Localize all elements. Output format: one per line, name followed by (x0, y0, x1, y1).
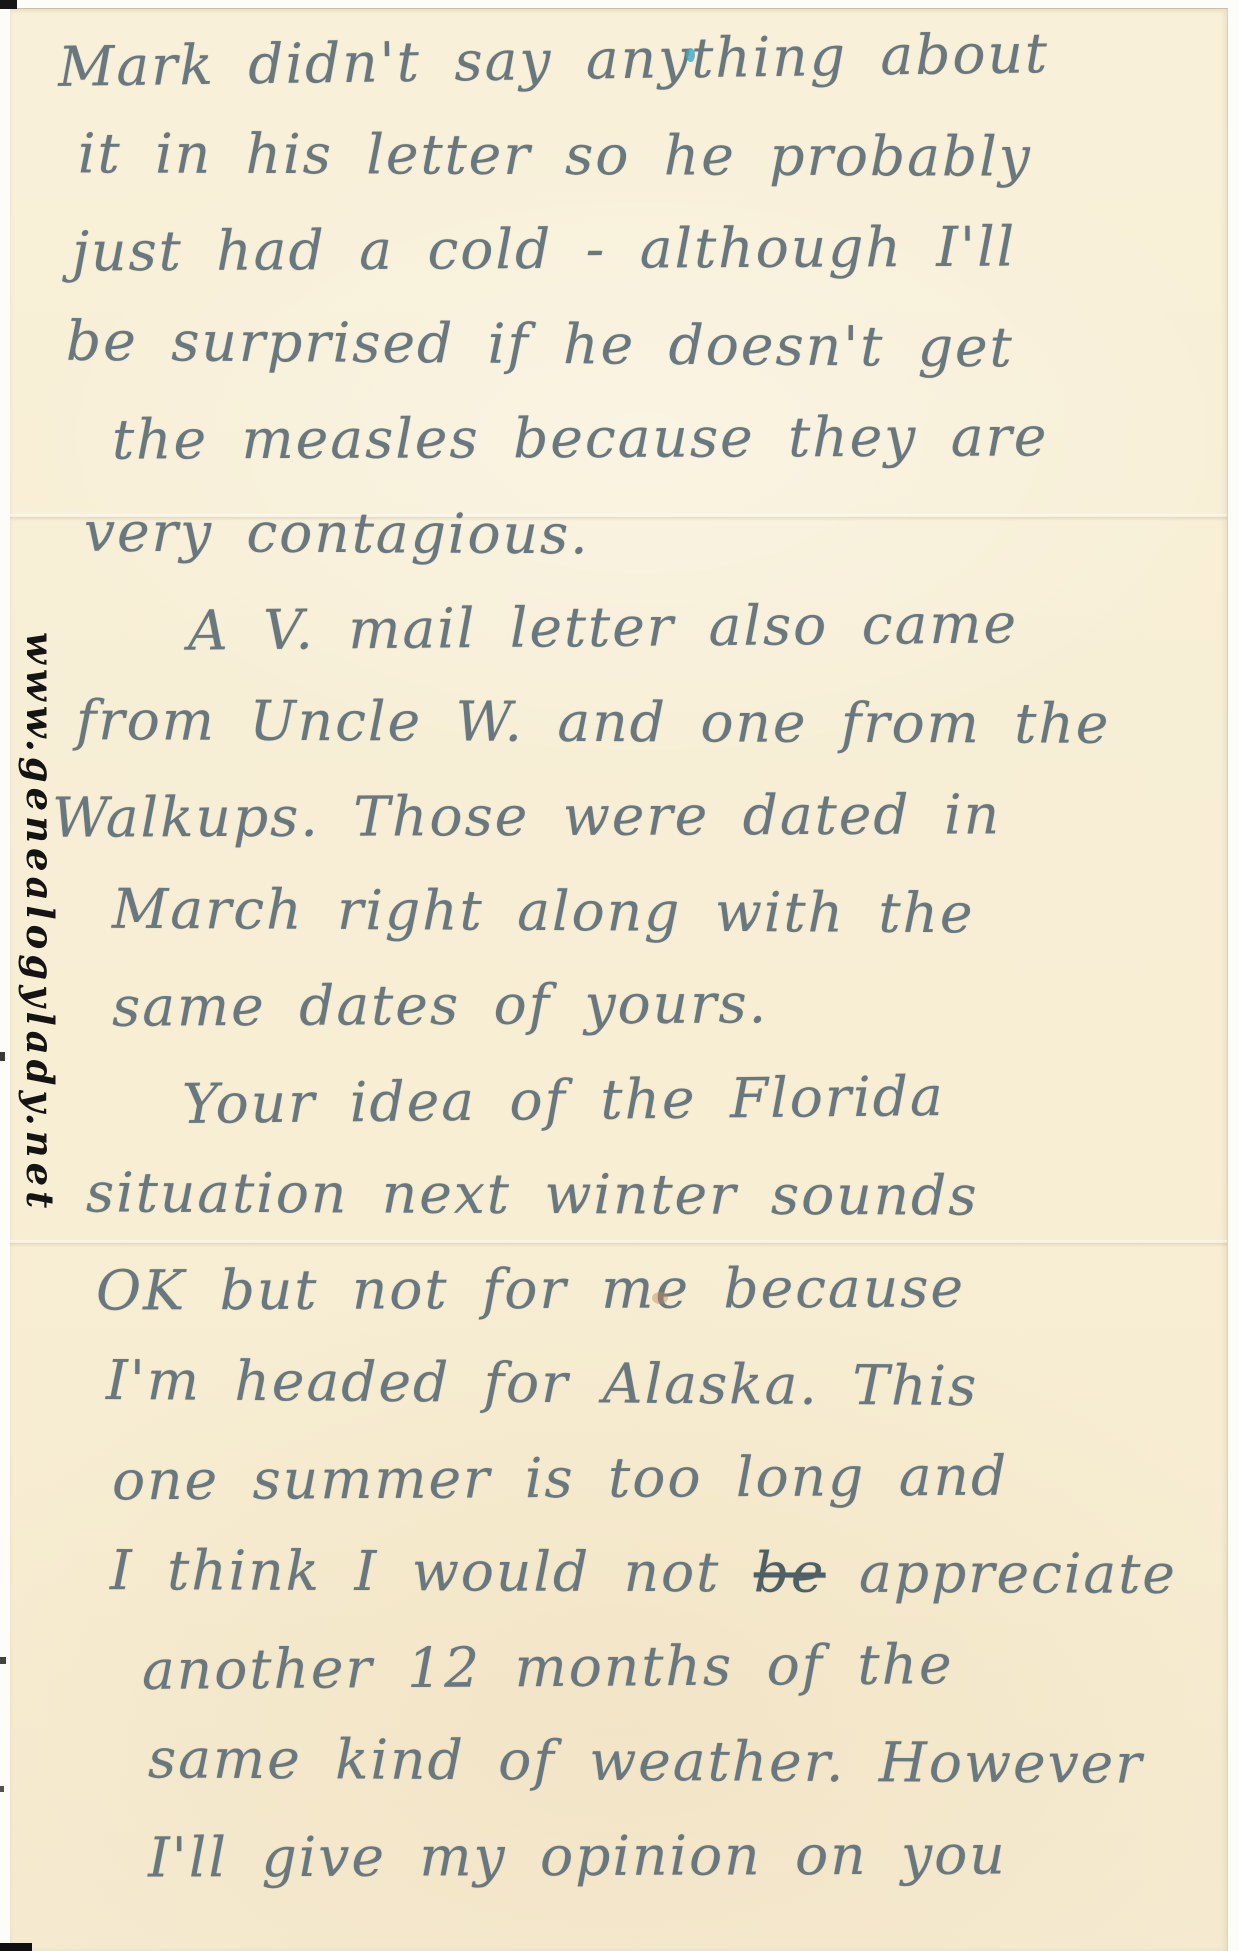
letter-line-text: situation next winter sounds (86, 1160, 979, 1227)
letter-line-text: another 12 months of the (142, 1632, 954, 1702)
letter-line: Mark didn't say anything about (58, 21, 1050, 99)
letter-line-text: be surprised if he doesn't get (66, 309, 1014, 380)
letter-line-text: one summer is too long and (112, 1444, 1009, 1513)
letter-line-text: I'm headed for Alaska. This (106, 1348, 979, 1418)
scan-edge-speck (0, 1657, 6, 1664)
letter-line: Your idea of the Florida (182, 1064, 945, 1136)
letter-line-text: I'll give my opinion on you (148, 1823, 1007, 1890)
letter-line: OK but not for me because (96, 1255, 965, 1322)
letter-line: A V. mail letter also came (188, 591, 1019, 662)
letter-line: situation next winter sounds (86, 1160, 979, 1227)
letter-line-text: Your idea of the Florida (182, 1064, 945, 1136)
letter-line-text: appreciate (825, 1541, 1177, 1606)
letter-line: same kind of weather. However (148, 1726, 1144, 1795)
letter-line-text: I think I would not (110, 1538, 754, 1604)
letter-line: March right along with the (112, 877, 975, 946)
letter-line: be surprised if he doesn't get (66, 309, 1014, 380)
letter-line-text: from Uncle W. and one from the (76, 688, 1111, 756)
letter-line: one summer is too long and (112, 1444, 1009, 1513)
scan-edge-speck (0, 1052, 5, 1061)
struck-out-word: be (754, 1540, 826, 1604)
scan-edge-speck (0, 1943, 32, 1951)
scan-edge-speck (0, 1786, 4, 1792)
letter-line-text: same dates of yours. (112, 971, 768, 1038)
letter-line: very contagious. (84, 500, 590, 567)
scanned-letter-screenshot: { "document": { "kind": "handwritten-let… (0, 0, 1239, 1951)
letter-line-text: very contagious. (84, 500, 590, 567)
letter-line-text: Walkups. Those were dated in (52, 782, 1001, 849)
scan-edge-speck (0, 0, 17, 9)
letter-line: from Uncle W. and one from the (76, 688, 1111, 756)
letter-line: same dates of yours. (112, 971, 768, 1038)
letter-line-text: OK but not for me because (96, 1255, 965, 1322)
letter-line: the measles because they are (112, 404, 1049, 471)
letter-body: Mark didn't say anything aboutit in his … (0, 0, 1239, 1951)
letter-line: I think I would not be appreciate (110, 1538, 1177, 1606)
letter-line: it in his letter so he probably (78, 121, 1032, 188)
letter-line: just had a cold - although I'll (72, 215, 1017, 284)
letter-line-text: Mark didn't say anything about (58, 21, 1050, 99)
letter-line-text: the measles because they are (112, 404, 1049, 471)
letter-line: Walkups. Those were dated in (52, 782, 1001, 849)
letter-line: I'll give my opinion on you (148, 1823, 1007, 1890)
letter-line: another 12 months of the (142, 1632, 954, 1702)
blue-ink-speck (686, 48, 695, 62)
rust-stain (652, 1292, 668, 1304)
letter-line-text: it in his letter so he probably (78, 121, 1032, 188)
letter-line-text: just had a cold - although I'll (72, 215, 1017, 284)
letter-line: I'm headed for Alaska. This (106, 1348, 979, 1418)
letter-line-text: March right along with the (112, 877, 975, 946)
letter-line-text: A V. mail letter also came (188, 591, 1019, 662)
letter-line-text: same kind of weather. However (148, 1726, 1144, 1795)
